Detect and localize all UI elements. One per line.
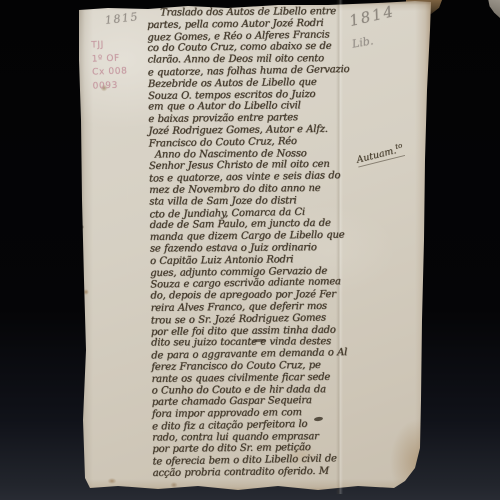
manuscript-line: rado, contra lui quando emprasar	[152, 431, 358, 444]
manuscript-line: o Cunho do Couto e de hir dada da	[152, 383, 358, 396]
manuscript-line: em que o Autor do Libello civil	[148, 100, 354, 113]
manuscript-line: Traslado dos Autos de Libello entre	[147, 6, 353, 19]
manuscript-line: Anno do Nascimento de Nosso	[149, 147, 355, 160]
margin-note-superscript: to	[394, 141, 403, 150]
archive-stamp-line: 0093	[92, 79, 128, 94]
torn-page-fragment-gray	[487, 0, 500, 18]
manuscript-line: se fazendo estava o Juiz ordinario	[150, 242, 356, 255]
manuscript-line: do, depois de apregoado por Jozé Fer	[150, 289, 356, 302]
manuscript-text-block: Traslado dos Autos de Libello entreparte…	[147, 5, 359, 479]
archive-stamp-line: Cx 008	[92, 65, 128, 80]
archive-stamp-line: TJJ	[91, 38, 127, 53]
archive-stamp-line: 1º OF	[92, 52, 128, 67]
archive-stamp: TJJ1º OFCx 0080093	[91, 38, 128, 93]
photo-backdrop: Traslado dos Autos de Libello entreparte…	[0, 0, 500, 500]
